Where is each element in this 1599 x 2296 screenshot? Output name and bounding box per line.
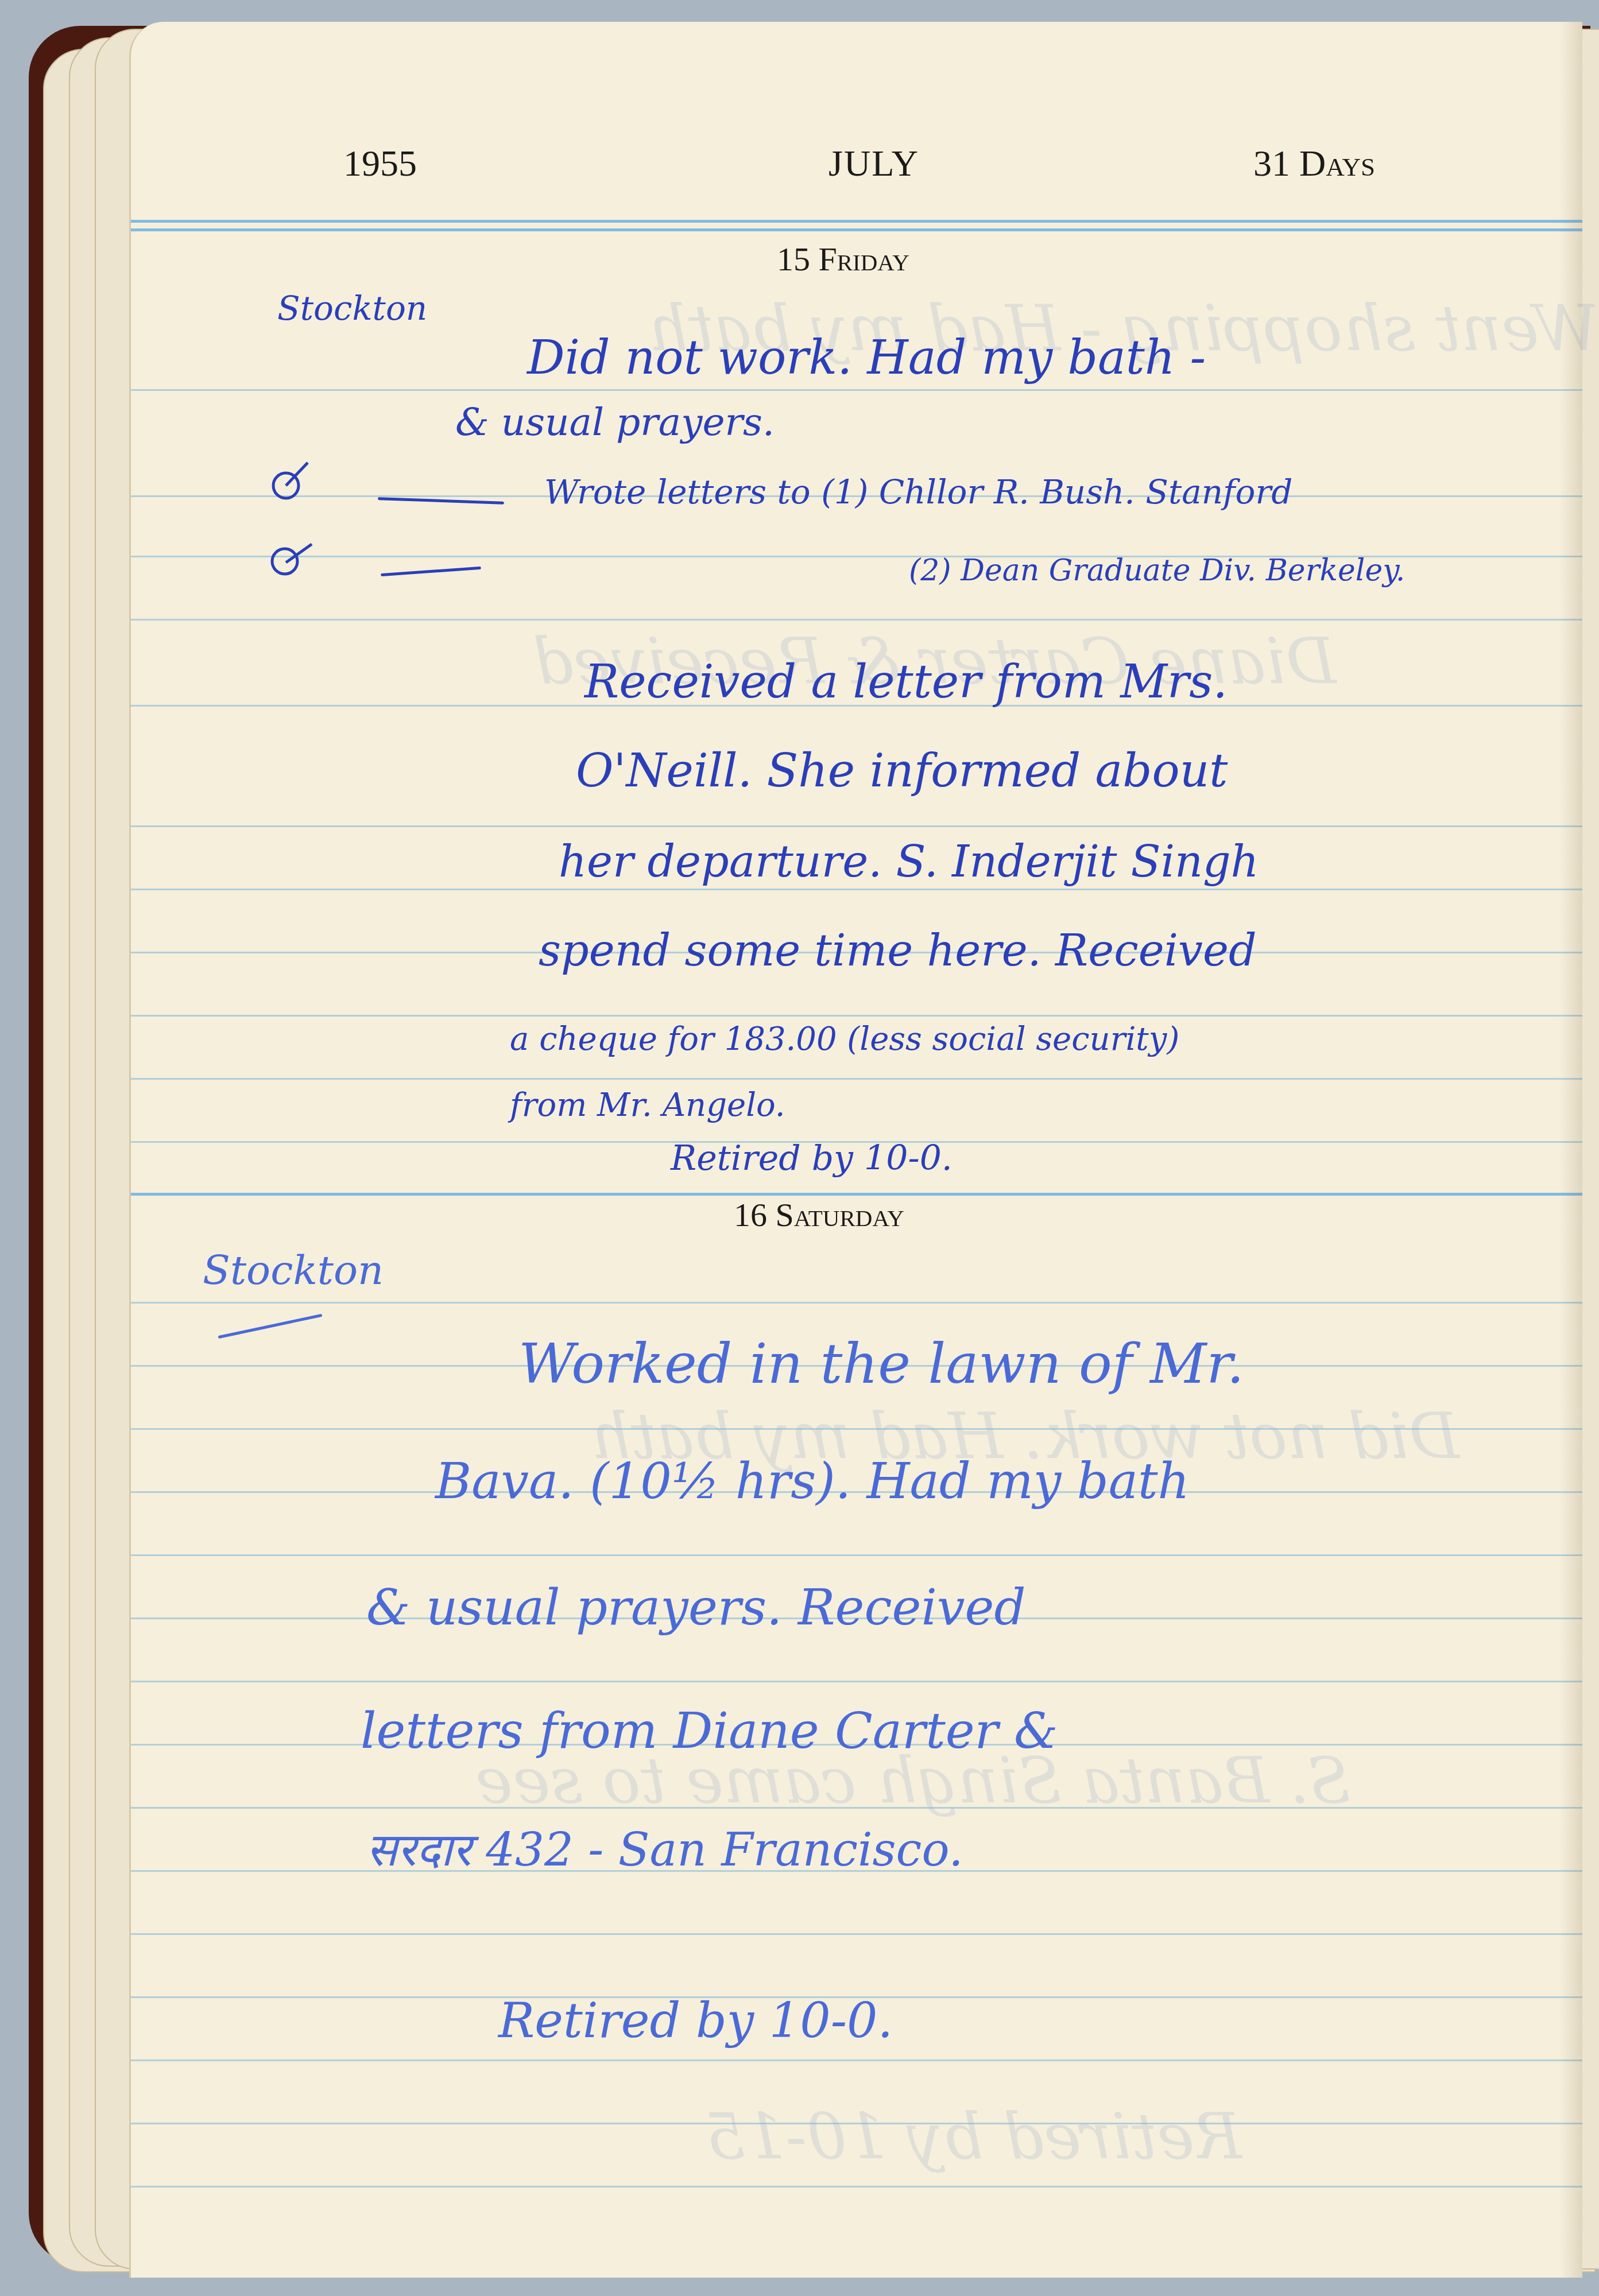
ruled-line <box>131 619 1582 620</box>
page-header: 1955 JULY 31 Days <box>131 142 1582 188</box>
ruled-line <box>131 2186 1582 2188</box>
ruled-line <box>131 1015 1582 1017</box>
entry-place: Stockton <box>203 1250 384 1290</box>
entry-line: सरदार 432 - San Francisco. <box>366 1827 963 1873</box>
entry-place: Stockton <box>277 292 427 325</box>
entry-line: & usual prayers. Received <box>366 1583 1026 1632</box>
entry-line: Retired by 10-0. <box>671 1141 953 1176</box>
ruled-line <box>131 1302 1582 1304</box>
bleed-through-text: Retired by 10-15 <box>705 2100 1242 2173</box>
header-year: 1955 <box>343 142 417 185</box>
entry-date: 15 Friday <box>777 240 909 278</box>
entry-line: spend some time here. Received <box>539 929 1257 972</box>
entry-line: (2) Dean Graduate Div. Berkeley. <box>909 556 1405 585</box>
entry-line: Retired by 10-0. <box>498 1996 893 2045</box>
ruled-line <box>131 1933 1582 1935</box>
ruled-line <box>131 2060 1582 2061</box>
entry-line: & usual prayers. <box>455 404 775 441</box>
header-rule <box>131 228 1582 231</box>
dash-mark <box>381 567 481 576</box>
ruled-line <box>131 389 1582 391</box>
ruled-line <box>131 1681 1582 1682</box>
ruled-line <box>131 825 1582 827</box>
entry-line: Did not work. Had my bath - <box>527 335 1206 382</box>
ruled-line <box>131 1807 1582 1809</box>
diary-page: Went shopping - Had my bath Diane Carter… <box>129 22 1582 2278</box>
entry-line: Received a letter from Mrs. <box>584 659 1228 705</box>
entry-line: from Mr. Angelo. <box>510 1089 785 1122</box>
ruled-line <box>131 889 1582 890</box>
header-rule <box>131 220 1582 223</box>
entry-line: Worked in the lawn of Mr. <box>518 1336 1244 1391</box>
ruled-line <box>131 2123 1582 2124</box>
header-days: 31 Days <box>1253 142 1375 185</box>
checkmark-icon <box>269 533 315 579</box>
entry-line: letters from Diane Carter & <box>361 1707 1058 1756</box>
ruled-line <box>131 1078 1582 1080</box>
entry-line: Wrote letters to (1) Chllor R. Bush. Sta… <box>544 475 1292 509</box>
header-month: JULY <box>828 142 919 185</box>
underline-mark <box>218 1314 323 1339</box>
entry-line: O'Neill. She informed about <box>576 748 1228 794</box>
entry-line: a cheque for 183.00 (less social securit… <box>510 1023 1179 1056</box>
entry-line: Bava. (10½ hrs). Had my bath <box>435 1457 1190 1506</box>
entry-line: her departure. S. Inderjit Singh <box>559 840 1259 883</box>
entry-date: 16 Saturday <box>734 1196 904 1234</box>
checkmark-icon <box>269 458 315 504</box>
dash-mark <box>378 497 504 505</box>
ruled-line <box>131 1554 1582 1556</box>
ruled-line <box>131 1428 1582 1430</box>
